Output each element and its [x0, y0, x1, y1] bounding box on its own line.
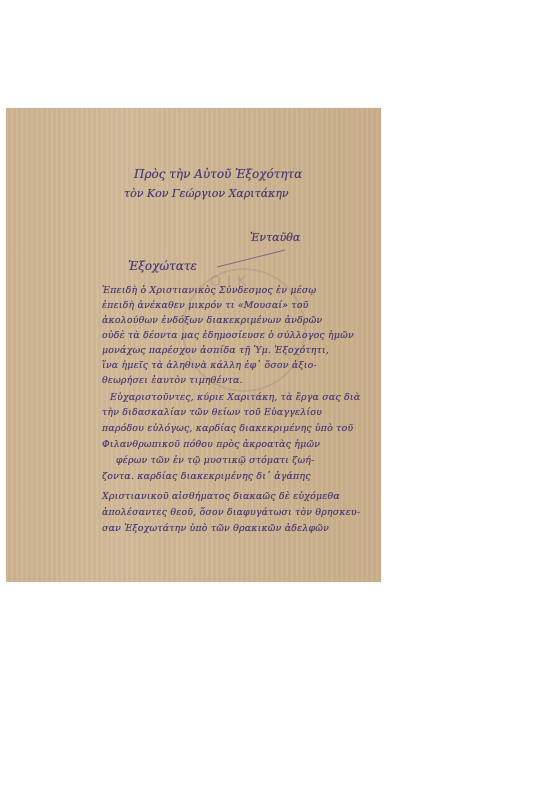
body-line: μονάχως παρέσχον ἀσπίδα τῇ Ὑμ. Ἐξοχότητι… — [102, 346, 329, 355]
body-line: φέρων τῶν ἐν τῷ μυστικῷ στόματι ζωή- — [116, 456, 315, 465]
body-line: Χριστιανικοῦ αἰσθήματος διακαῶς δὲ εὐχόμ… — [102, 492, 340, 501]
body-line: ἀκολούθων ἐνδόξων διακεκριμένων ἀνδρῶν — [102, 316, 322, 325]
body-line: ἀπολέσαντες θεοῦ, ὅσον διαφυγάτωσι τὸν θ… — [102, 508, 360, 517]
place-line: Ἐνταῦθα — [250, 232, 300, 243]
address-line-2: τὸν Κον Γεώργιον Χαριτάκην — [124, 188, 289, 199]
body-line: τὴν διδασκαλίαν τῶν θείων τοῦ Εὐαγγελίου — [102, 408, 322, 417]
letter-page: ΟΙΚ Πρὸς τὴν Αὐτοῦ Ἐξοχότητα τὸν Κον Γεώ… — [6, 108, 381, 582]
body-line: Ἐπειδὴ ὁ Χριστιανικὸς Σύνδεσμος ἐν μέσῳ — [102, 286, 316, 295]
body-line: οὐδὲ τὰ δέοντα μας ἐδημοσίευσε ὁ σύλλογο… — [102, 331, 354, 340]
flourish-stroke — [217, 250, 285, 268]
body-line: ἵνα ἡμεῖς τὰ ἀληθινὰ κάλλη ἐφ᾽ ὅσον ἀξιο… — [102, 361, 317, 370]
address-line-1: Πρὸς τὴν Αὐτοῦ Ἐξοχότητα — [134, 168, 302, 180]
body-line: σαν Ἐξοχωτάτην ὑπὸ τῶν θρακικῶν ἀδελφῶν — [102, 524, 329, 533]
body-line: θεωρήσει ἑαυτὸν τιμηθέντα. — [102, 376, 243, 385]
body-line: παρόδου εὐλόγως, καρδίας διακεκριμένης ὑ… — [102, 424, 353, 433]
body-line: ἐπειδὴ ἀνέκαθεν μικρόν τι «Μουσαί» τοῦ — [102, 301, 309, 310]
salutation: Ἐξοχώτατε — [128, 260, 197, 272]
body-line: Εὐχαριστοῦντες, κύριε Χαριτάκη, τὰ ἔργα … — [110, 393, 360, 402]
body-line: ζοντα. καρδίας διακεκριμένης δι᾽ ἀγάπης — [102, 472, 311, 481]
body-line: Φιλανθρωπικοῦ πόθου πρὸς ἀκροατὰς ἡμῶν — [102, 440, 320, 449]
